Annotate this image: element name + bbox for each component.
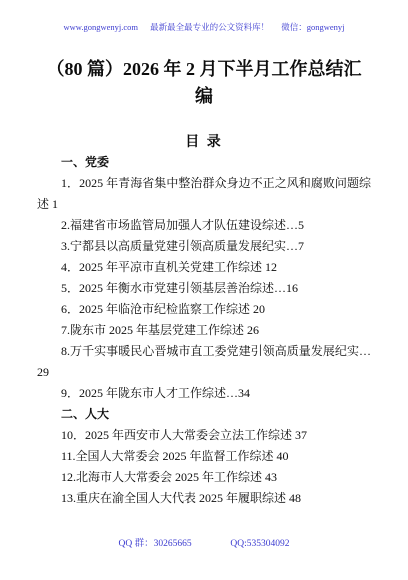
toc-entry: 3.宁都县以高质量党建引领高质量发展纪实…7 <box>37 236 371 257</box>
toc-entry: 8.万千实事暖民心晋城市直工委党建引领高质量发展纪实…29 <box>37 341 371 383</box>
toc-body: 一、党委 1．2025 年青海省集中整治群众身边不正之风和腐败问题综述 1 2.… <box>37 152 371 509</box>
qq-number: QQ:535304092 <box>230 539 289 549</box>
toc-entry: 10．2025 年西安市人大常委会立法工作综述 37 <box>37 425 371 446</box>
toc-entry: 13.重庆在渝全国人大代表 2025 年履职综述 48 <box>37 488 371 509</box>
wechat-contact: 微信：gongwenyj <box>281 22 344 32</box>
toc-entry: 7.陇东市 2025 年基层党建工作综述 26 <box>37 320 371 341</box>
contact-footer: QQ 群：30265665 QQ:535304092 <box>0 538 408 551</box>
document-title: （80 篇）2026 年 2 月下半月工作总结汇编 <box>43 56 365 110</box>
toc-entry: 11.全国人大常委会 2025 年监督工作综述 40 <box>37 446 371 467</box>
site-url: www.gongwenyj.com <box>63 22 138 32</box>
toc-entry: 5．2025 年衡水市党建引领基层善治综述…16 <box>37 278 371 299</box>
toc-section-heading-npc: 二、人大 <box>37 404 371 425</box>
toc-entry: 2.福建省市场监管局加强人才队伍建设综述…5 <box>37 215 371 236</box>
toc-heading: 目 录 <box>0 133 408 153</box>
qq-group: QQ 群：30265665 <box>119 539 192 549</box>
toc-entry: 9．2025 年陇东市人才工作综述…34 <box>37 383 371 404</box>
document-page: www.gongwenyj.com 最新最全最专业的公文资料库！ 微信：gong… <box>0 0 408 580</box>
toc-entry: 1．2025 年青海省集中整治群众身边不正之风和腐败问题综述 1 <box>37 173 371 215</box>
site-slogan: 最新最全最专业的公文资料库！ <box>150 22 269 32</box>
toc-entry: 4．2025 年平凉市直机关党建工作综述 12 <box>37 257 371 278</box>
toc-entry: 6．2025 年临沧市纪检监察工作综述 20 <box>37 299 371 320</box>
toc-entry: 12.北海市人大常委会 2025 年工作综述 43 <box>37 467 371 488</box>
promo-header: www.gongwenyj.com 最新最全最专业的公文资料库！ 微信：gong… <box>0 21 408 33</box>
toc-section-heading-party: 一、党委 <box>37 152 371 173</box>
